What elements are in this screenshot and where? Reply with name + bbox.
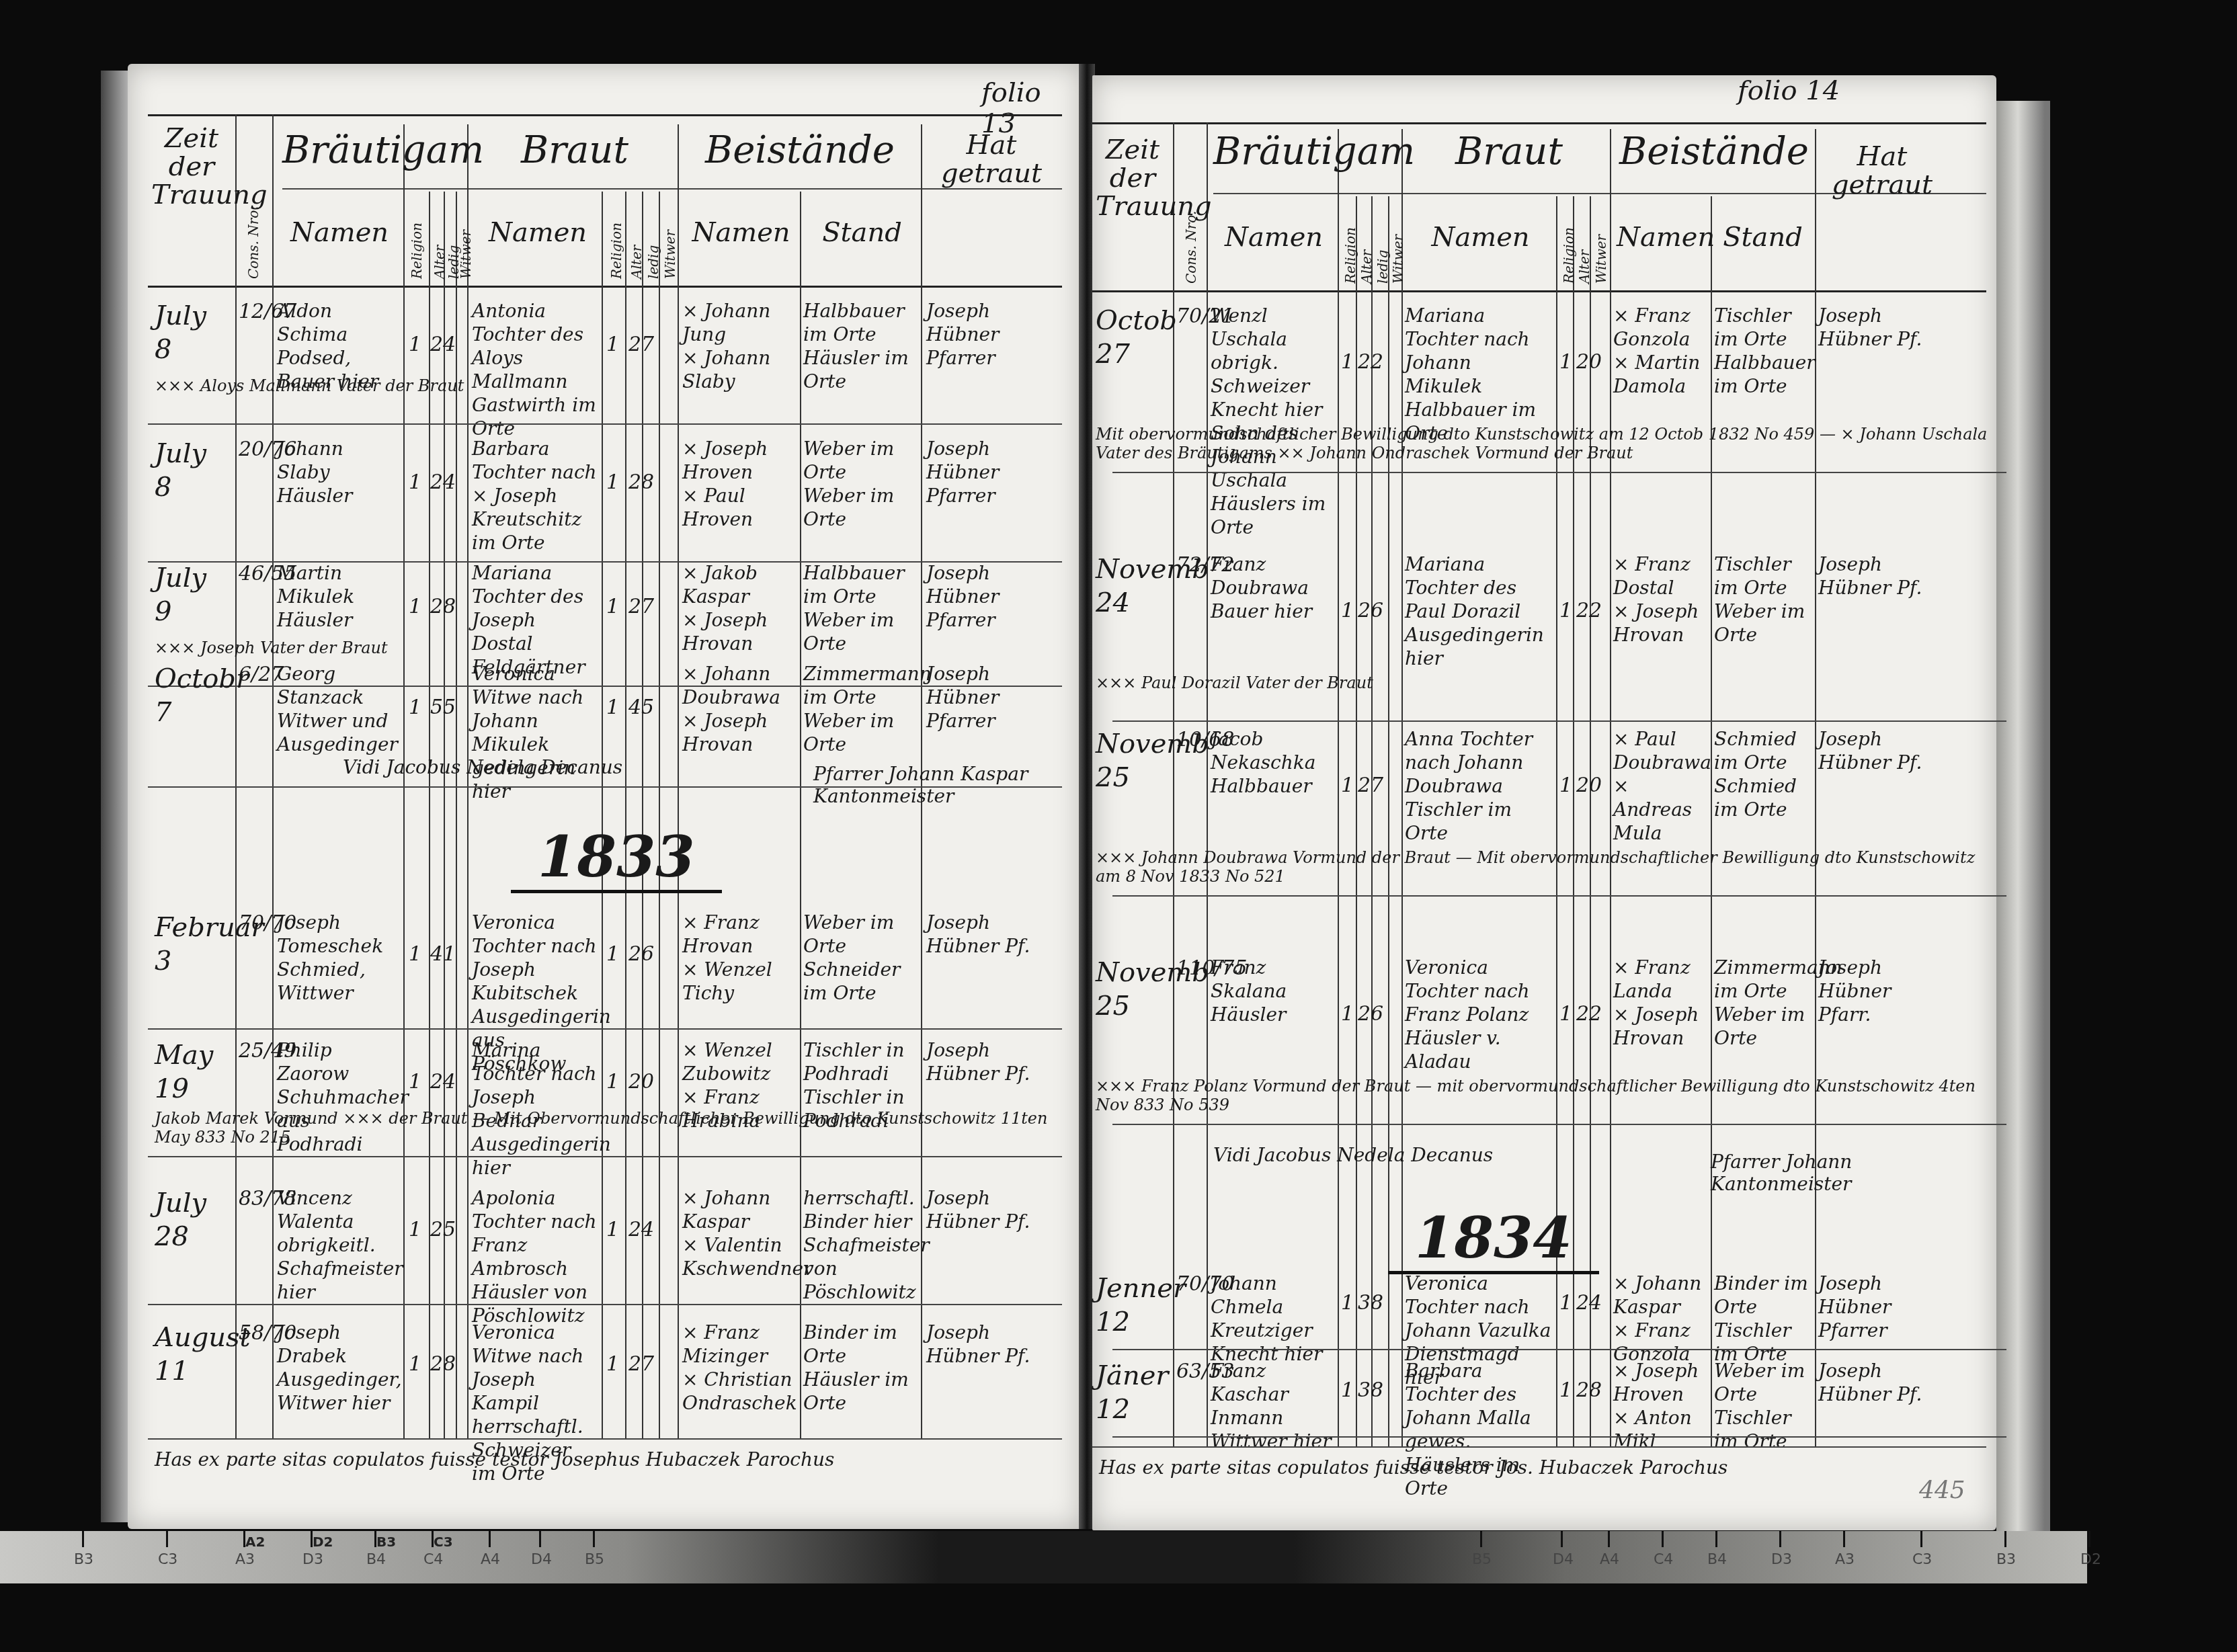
entry-officiant: Joseph Hübner Pf. <box>926 1038 1057 1085</box>
entry-groom-age: 41 <box>430 942 464 967</box>
entry-groom-religion: 1 <box>409 695 428 720</box>
entry-house-number: 46/55 <box>239 561 271 587</box>
entry-witness-status: Binder im Orte Häusler im Orte <box>803 1321 919 1415</box>
entry-witness-status: Zimmermann im Orte Weber im Orte <box>803 662 919 756</box>
entry-bride-name: Barbara Tochter nach × Joseph Kreutschit… <box>472 437 600 554</box>
entry-officiant: Joseph Hübner Pf. <box>926 1321 1057 1368</box>
row-divider <box>1112 895 2006 897</box>
header-officiant: Hat getraut <box>928 131 1055 188</box>
entry-bride-name: Veronica Tochter nach Franz Polanz Häusl… <box>1405 956 1553 1073</box>
entry-groom-religion: 1 <box>1341 1290 1354 1316</box>
entry-date: July 8 <box>155 437 232 504</box>
header-bride: Braut <box>477 131 672 171</box>
entry-groom-name: Joseph Drabek Ausgedinger, Witwer hier <box>277 1321 401 1415</box>
entry-house-number: 70/70 <box>239 911 271 936</box>
header-bride-religion: Religion <box>608 198 624 279</box>
entry-officiant: Joseph Hübner Pf. <box>1818 727 1946 774</box>
entry-officiant: Joseph Hübner Pf. <box>926 1186 1057 1233</box>
entry-groom-age: 24 <box>430 470 464 495</box>
entry-officiant: Joseph Hübner Pfarrer <box>926 437 1057 507</box>
entry-groom-name: Georg Stanzack Witwer und Ausgedinger <box>277 662 401 756</box>
entry-annotation: ××× Joseph Vater der Braut <box>155 638 1069 657</box>
entry-house-number: 72/72 <box>1176 552 1207 578</box>
right-page: folio 14 Zeit der Trauung Cons. Nro. Brä… <box>1092 75 1996 1530</box>
entry-bride-age: 22 <box>1576 1001 1606 1027</box>
header-groom-widowed: Witwer <box>458 198 474 279</box>
ruler-label-top: B3 <box>376 1534 396 1550</box>
entry-witness-names: × Franz Dostal × Joseph Hrovan <box>1613 552 1707 647</box>
entry-witness-status: Weber im Orte Tischler im Orte <box>1714 1359 1812 1453</box>
header-groom-single-right: ledig <box>1375 203 1391 284</box>
entry-officiant: Joseph Hübner Pf. <box>926 911 1057 958</box>
entry-groom-age: 24 <box>430 332 464 358</box>
entry-groom-religion: 1 <box>409 942 428 967</box>
entry-annotation: ××× Paul Dorazil Vater der Braut <box>1096 673 1990 692</box>
entry-bride-name: Anna Tochter nach Johann Doubrawa Tischl… <box>1405 727 1553 845</box>
entry-groom-age: 38 <box>1358 1378 1388 1403</box>
entry-officiant: Joseph Hübner Pfarr. <box>1818 956 1946 1026</box>
entry-bride-religion: 1 <box>1559 349 1573 375</box>
dean-signature-right: Vidi Jacobus Nedela Decanus <box>1213 1144 1493 1166</box>
year-heading-1833: 1833 <box>511 823 722 893</box>
ruler-label: D4 <box>1553 1551 1574 1568</box>
entry-witness-status: Schmied im Orte Schmied im Orte <box>1714 727 1812 821</box>
entry-witness-status: Tischler im Orte Halbbauer im Orte <box>1714 304 1812 398</box>
entry-bride-age: 20 <box>628 1069 662 1095</box>
ruler-tick <box>166 1531 168 1547</box>
entry-groom-age: 27 <box>1358 773 1388 798</box>
entry-groom-age: 38 <box>1358 1290 1388 1316</box>
entry-witness-names: × Johann Kaspar × Valentin Kschwendner <box>682 1186 797 1280</box>
entry-bride-religion: 1 <box>606 1069 625 1095</box>
entry-date: July 9 <box>155 561 232 628</box>
entry-groom-religion: 1 <box>1341 773 1354 798</box>
entry-witness-status: Tischler im Orte Weber im Orte <box>1714 552 1812 647</box>
header-witnesses: Beistände <box>686 131 914 171</box>
entry-groom-name: Johann Chmela Kreutziger Knecht hier <box>1211 1272 1335 1366</box>
entry-bride-name: Barbara Tochter des Johann Malla gewes. … <box>1405 1359 1553 1500</box>
entry-bride-age: 28 <box>1576 1378 1606 1403</box>
ruler-tick <box>489 1531 491 1547</box>
entry-bride-age: 26 <box>628 942 662 967</box>
entry-bride-religion: 1 <box>606 942 625 967</box>
entry-house-number: 63/53 <box>1176 1359 1207 1385</box>
entry-date: May 19 <box>155 1038 232 1106</box>
header-bride-name: Namen <box>477 218 598 247</box>
entry-witness-status: Zimmermann im Orte Weber im Orte <box>1714 956 1812 1050</box>
entry-witness-names: × Joseph Hroven × Anton Mikl <box>1613 1359 1707 1453</box>
entry-bride-age: 24 <box>628 1217 662 1243</box>
entry-house-number: 70/70 <box>1176 1272 1207 1297</box>
header-groom-name: Namen <box>282 218 397 247</box>
entry-bride-age: 20 <box>1576 773 1606 798</box>
entry-groom-age: 26 <box>1358 1001 1388 1027</box>
entry-bride-name: Mariana Tochter nach Johann Mikulek Halb… <box>1405 304 1553 445</box>
entry-witness-names: × Paul Doubrawa × Andreas Mula <box>1613 727 1707 845</box>
entry-groom-religion: 1 <box>409 332 428 358</box>
entry-annotation: ××× Johann Doubrawa Vormund der Braut — … <box>1096 848 1990 886</box>
entry-bride-religion: 1 <box>606 470 625 495</box>
entry-date: Jäner 12 <box>1096 1359 1170 1426</box>
header-bride-age-right: Alter <box>1576 203 1592 284</box>
header-groom-widowed-right: Witwer <box>1390 203 1406 284</box>
entry-bride-religion: 1 <box>1559 1290 1573 1316</box>
row-divider <box>1112 472 2006 473</box>
row-divider <box>1112 1349 2006 1350</box>
ruler-tick <box>82 1531 84 1547</box>
ruler-label: B4 <box>366 1551 386 1568</box>
entry-groom-age: 28 <box>430 1352 464 1377</box>
entry-annotation: Jakob Marek Vormund ××× der Braut — Mit … <box>155 1109 1069 1147</box>
header-date-right: Zeit der Trauung <box>1096 136 1170 220</box>
entry-house-number: 110/75 <box>1176 956 1207 981</box>
left-page: folio 13 Zeit der Trauung Cons. Nro. Brä… <box>128 64 1082 1529</box>
row-divider <box>148 1304 1062 1305</box>
entry-date: Octobr 7 <box>155 662 232 729</box>
entry-groom-age: 26 <box>1358 598 1388 624</box>
entry-house-number: 20/76 <box>239 437 271 462</box>
ruler-label: C4 <box>1654 1551 1673 1568</box>
ruler-tick <box>1920 1531 1922 1547</box>
entry-groom-name: Jacob Nekaschka Halbbauer <box>1211 727 1335 798</box>
header-bride-single: ledig <box>645 198 661 279</box>
entry-officiant: Joseph Hübner Pf. <box>1818 1359 1946 1406</box>
entry-house-number: 83/78 <box>239 1186 271 1212</box>
entry-bride-age: 24 <box>1576 1290 1606 1316</box>
entry-groom-religion: 1 <box>1341 598 1354 624</box>
entry-witness-status: herrschaftl. Binder hier Schafmeister vo… <box>803 1186 919 1304</box>
ruler-label: B5 <box>585 1551 604 1568</box>
entry-date: Novemb 24 <box>1096 552 1170 620</box>
ruler-label: A3 <box>1835 1551 1855 1568</box>
ruler-label: B4 <box>1707 1551 1727 1568</box>
header-groom-religion-right: Religion <box>1342 203 1358 284</box>
entry-groom-name: Wenzl Uschala obrigk. Schweizer Knecht h… <box>1211 304 1335 539</box>
entry-groom-age: 28 <box>430 594 464 620</box>
entry-bride-name: Mariana Tochter des Paul Dorazil Ausgedi… <box>1405 552 1553 670</box>
header-groom-right: Bräutigam <box>1213 132 1401 172</box>
row-divider <box>148 423 1062 425</box>
entry-groom-name: Franz Doubrawa Bauer hier <box>1211 552 1335 623</box>
ruler-tick <box>1715 1531 1717 1547</box>
entry-bride-religion: 1 <box>606 332 625 358</box>
header-witness-name: Namen <box>686 218 797 247</box>
header-witness-status-right: Stand <box>1714 223 1812 251</box>
entry-witness-names: × Joseph Hroven × Paul Hroven <box>682 437 797 531</box>
row-divider <box>1112 1124 2006 1125</box>
scale-ruler: B3C3A3D3B4C4A4D4B5A2D2B3C3B5D4A4C4B4D3A3… <box>0 1531 2087 1583</box>
ruler-label: D2 <box>2080 1551 2101 1568</box>
entry-house-number: 12/67 <box>239 299 271 325</box>
entry-witness-names: × Franz Landa × Joseph Hrovan <box>1613 956 1707 1050</box>
header-groom-age-right: Alter <box>1358 203 1375 284</box>
row-divider <box>148 1028 1062 1030</box>
entry-bride-age: 27 <box>628 1352 662 1377</box>
entry-witness-names: × Franz Gonzola × Martin Damola <box>1613 304 1707 398</box>
entry-officiant: Joseph Hübner Pfarrer <box>926 561 1057 632</box>
entry-bride-name: Apolonia Tochter nach Franz Ambrosch Häu… <box>472 1186 600 1327</box>
ruler-label-top: C3 <box>434 1534 453 1550</box>
entry-bride-name: Veronica Witwe nach Johann Mikulek gedin… <box>472 662 600 803</box>
entry-witness-status: Weber im Orte Weber im Orte <box>803 437 919 531</box>
cantor-note-right: Pfarrer Johann Kantonmeister <box>1711 1151 1996 1195</box>
ruler-label: D4 <box>531 1551 552 1568</box>
entry-officiant: Joseph Hübner Pfarrer <box>926 662 1057 733</box>
header-witnesses-right: Beistände <box>1617 132 1812 172</box>
header-witness-status: Stand <box>807 218 918 247</box>
entry-date: Octob 27 <box>1096 304 1170 371</box>
ruler-label: D3 <box>1771 1551 1792 1568</box>
entry-bride-religion: 1 <box>1559 1378 1573 1403</box>
ruler-label: C3 <box>158 1551 177 1568</box>
entry-house-number: 25/49 <box>239 1038 271 1064</box>
entry-bride-age: 27 <box>628 332 662 358</box>
cantor-note-left: Pfarrer Johann Kaspar Kantonmeister <box>813 763 1082 807</box>
entry-witness-names: × Johann Doubrawa × Joseph Hrovan <box>682 662 797 756</box>
entry-groom-age: 25 <box>430 1217 464 1243</box>
entry-groom-name: Franz Kaschar Inmann Wittwer hier <box>1211 1359 1335 1453</box>
entry-bride-religion: 1 <box>606 1352 625 1377</box>
entry-groom-name: Franz Skalana Häusler <box>1211 956 1335 1026</box>
header-witness-name-right: Namen <box>1617 223 1707 251</box>
header-groom-religion: Religion <box>409 198 425 279</box>
footer-attestation-right: Has ex parte sitas copulatos fuisse test… <box>1099 1456 1727 1479</box>
entry-groom-religion: 1 <box>409 1217 428 1243</box>
entry-date: August 11 <box>155 1321 232 1388</box>
ruler-label: B5 <box>1472 1551 1492 1568</box>
entry-groom-name: Vincenz Walenta obrigkeitl. Schafmeister… <box>277 1186 401 1304</box>
entry-bride-age: 28 <box>628 470 662 495</box>
entry-groom-religion: 1 <box>409 1352 428 1377</box>
entry-officiant: Joseph Hübner Pf. <box>1818 552 1946 600</box>
row-divider <box>1112 720 2006 722</box>
header-house-no: Cons. Nro. <box>245 144 261 279</box>
ruler-tick <box>1608 1531 1610 1547</box>
entry-annotation: Mit obervormundschaftlicher Bewilligung … <box>1096 425 1990 462</box>
ruler-tick <box>2004 1531 2006 1547</box>
entry-annotation: ××× Franz Polanz Vormund der Braut — mit… <box>1096 1077 1990 1114</box>
entry-date: Jenner 12 <box>1096 1272 1170 1339</box>
entry-witness-names: × Franz Hrovan × Wenzel Tichy <box>682 911 797 1005</box>
ruler-tick <box>1779 1531 1781 1547</box>
ruler-tick <box>593 1531 595 1547</box>
ruler-label-top: A2 <box>245 1534 265 1550</box>
header-date: Zeit der Trauung <box>151 124 232 209</box>
book-edge-left <box>101 71 130 1522</box>
entry-bride-religion: 1 <box>1559 598 1573 624</box>
header-bride-widowed-right: Witwer <box>1593 203 1609 284</box>
entry-bride-age: 22 <box>1576 598 1606 624</box>
entry-bride-religion: 1 <box>1559 1001 1573 1027</box>
entry-house-number: 58/70 <box>239 1321 271 1346</box>
entry-groom-religion: 1 <box>409 1069 428 1095</box>
ruler-label: A4 <box>1600 1551 1619 1568</box>
entry-groom-name: Martin Mikulek Häusler <box>277 561 401 632</box>
entry-bride-age: 27 <box>628 594 662 620</box>
entry-officiant: Joseph Hübner Pfarrer <box>1818 1272 1946 1342</box>
entry-bride-name: Antonia Tochter des Aloys Mallmann Gastw… <box>472 299 600 440</box>
entry-groom-religion: 1 <box>1341 1378 1354 1403</box>
ruler-label: A4 <box>481 1551 500 1568</box>
entry-bride-religion: 1 <box>1559 773 1573 798</box>
folio-number-right: folio 14 <box>1738 75 1840 106</box>
entry-groom-religion: 1 <box>1341 1001 1354 1027</box>
entry-bride-religion: 1 <box>606 1217 625 1243</box>
ruler-tick <box>539 1531 541 1547</box>
entry-date: Februar 3 <box>155 911 232 978</box>
ruler-label-top: D2 <box>313 1534 333 1550</box>
ruler-label: C3 <box>1912 1551 1932 1568</box>
entry-bride-religion: 1 <box>606 594 625 620</box>
header-bride-religion-right: Religion <box>1561 203 1577 284</box>
year-heading-1834: 1834 <box>1388 1204 1599 1274</box>
entry-house-number: 10/68 <box>1176 727 1207 753</box>
ruler-tick <box>1843 1531 1845 1547</box>
row-divider <box>1112 1436 2006 1438</box>
header-bride-age: Alter <box>628 198 645 279</box>
ruler-tick <box>1662 1531 1664 1547</box>
entry-witness-names: × Johann Kaspar × Franz Gonzola <box>1613 1272 1707 1366</box>
entry-witness-names: × Franz Mizinger × Christian Ondraschek <box>682 1321 797 1415</box>
ruler-label: A3 <box>235 1551 255 1568</box>
ruler-label: C4 <box>423 1551 443 1568</box>
header-groom: Bräutigam <box>282 131 464 171</box>
entry-bride-name: Mariana Tochter des Joseph Dostal Feldgä… <box>472 561 600 679</box>
entry-witness-status: Weber im Orte Schneider im Orte <box>803 911 919 1005</box>
row-divider <box>148 1156 1062 1157</box>
entry-bride-age: 45 <box>628 695 662 720</box>
entry-date: Novemb 25 <box>1096 956 1170 1023</box>
entry-annotation: ××× Aloys Mallmann Vater der Braut <box>155 376 1069 395</box>
page-stamp: 445 <box>1919 1477 1965 1504</box>
entry-date: July 8 <box>155 299 232 366</box>
footer-attestation-left: Has ex parte sitas copulatos fuisse test… <box>155 1448 834 1471</box>
entry-groom-name: Johann Slaby Häusler <box>277 437 401 507</box>
entry-groom-age: 24 <box>430 1069 464 1095</box>
header-house-no-right: Cons. Nro. <box>1183 169 1199 284</box>
book-edge-right <box>1996 101 2050 1532</box>
entry-groom-religion: 1 <box>409 470 428 495</box>
entry-groom-name: Joseph Tomeschek Schmied, Wittwer <box>277 911 401 1005</box>
header-bride-widowed: Witwer <box>662 198 678 279</box>
header-bride-name-right: Namen <box>1408 223 1553 251</box>
header-groom-name-right: Namen <box>1213 223 1334 251</box>
header-bride-right: Braut <box>1408 132 1610 172</box>
entry-date: Novemb 25 <box>1096 727 1170 794</box>
entry-date: July 28 <box>155 1186 232 1253</box>
entry-groom-age: 55 <box>430 695 464 720</box>
entry-house-number: 6/27 <box>239 662 271 688</box>
ruler-tick <box>1561 1531 1563 1547</box>
ruler-label: B3 <box>1996 1551 2016 1568</box>
entry-house-number: 70/21 <box>1176 304 1207 329</box>
ruler-tick <box>1480 1531 1482 1547</box>
entry-groom-age: 22 <box>1358 349 1388 375</box>
entry-bride-age: 20 <box>1576 349 1606 375</box>
entry-bride-religion: 1 <box>606 695 625 720</box>
ruler-label: B3 <box>74 1551 93 1568</box>
entry-groom-religion: 1 <box>409 594 428 620</box>
header-officiant-right: Hat getraut <box>1822 142 1943 199</box>
dean-signature-left: Vidi Jacobus Nedela Decanus <box>343 756 622 778</box>
ruler-tick <box>2088 1531 2090 1547</box>
entry-groom-religion: 1 <box>1341 349 1354 375</box>
ruler-label: D3 <box>302 1551 323 1568</box>
entry-witness-status: Binder im Orte Tischler im Orte <box>1714 1272 1812 1366</box>
entry-officiant: Joseph Hübner Pfarrer <box>926 299 1057 370</box>
entry-officiant: Joseph Hübner Pf. <box>1818 304 1946 351</box>
